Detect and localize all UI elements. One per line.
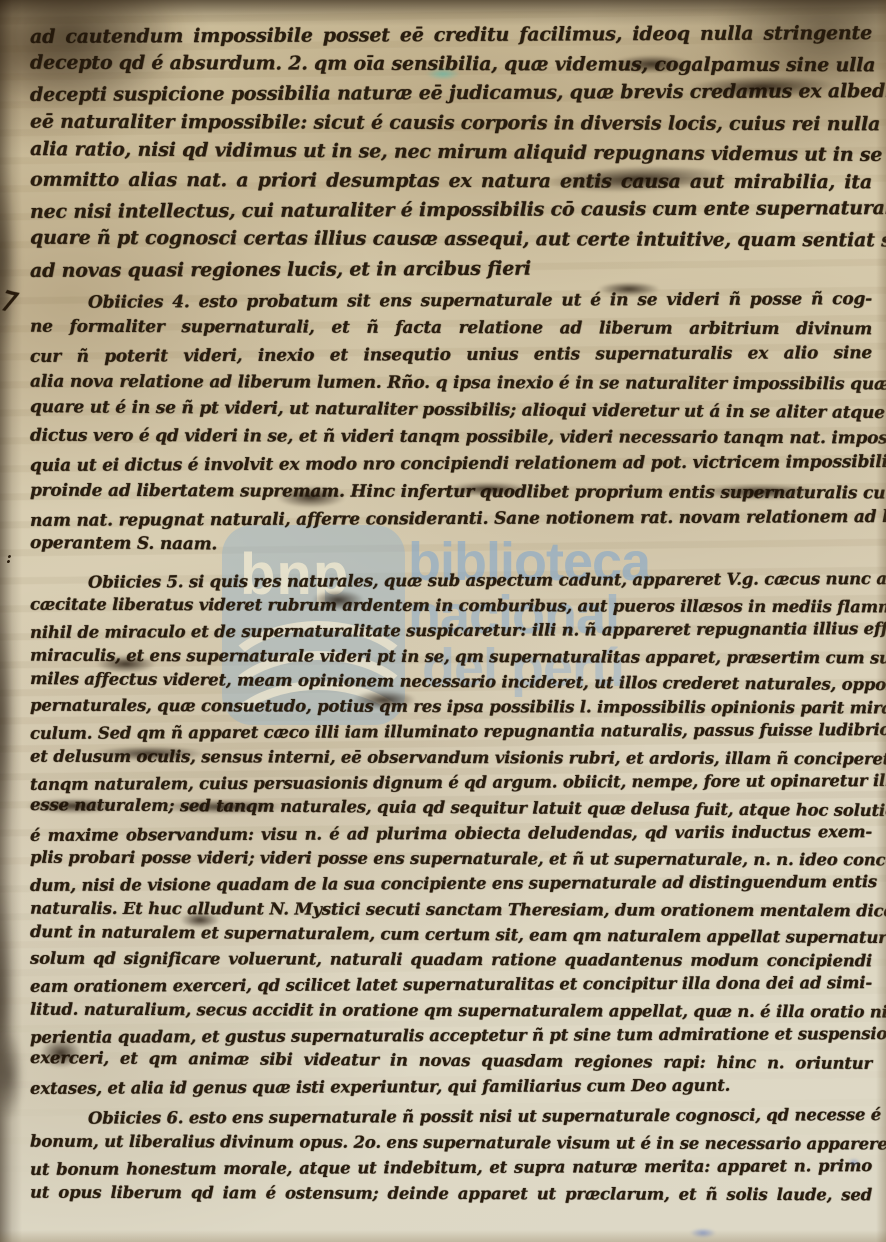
scan-edge-shadow bbox=[0, 1230, 886, 1242]
manuscript-line: ut bonum honestum morale, atque ut indeb… bbox=[30, 1154, 872, 1184]
manuscript-text: ad cautendum impossibile posset eē credi… bbox=[30, 21, 872, 1207]
paragraph: Obiicies 4. esto probatum sit ens supern… bbox=[30, 288, 872, 561]
manuscript-line: dictus vero é qd videri in se, et ñ vide… bbox=[30, 423, 872, 453]
manuscript-line: eam orationem exerceri, qd scilicet late… bbox=[30, 970, 872, 999]
manuscript-line: ne formaliter supernaturali, et ñ facta … bbox=[30, 314, 872, 344]
scan-edge-shadow bbox=[0, 0, 886, 26]
manuscript-line: alia nova relatione ad liberum lumen. Rñ… bbox=[30, 368, 872, 398]
manuscript-line: nihil de miraculo et de supernaturalitat… bbox=[30, 616, 872, 645]
manuscript-line: nec nisi intellectus, cui naturaliter é … bbox=[30, 194, 872, 227]
ink-blot bbox=[598, 282, 660, 296]
manuscript-line: ad novas quasi regiones lucis, et in arc… bbox=[30, 253, 872, 286]
manuscript-line: ut opus liberum qd iam é ostensum; deind… bbox=[30, 1180, 872, 1208]
ink-blot bbox=[700, 484, 820, 500]
manuscript-line: bonum, ut liberalius divinum opus. 2o. e… bbox=[30, 1128, 872, 1156]
manuscript-line: naturalis. Et huc alludunt N. Mystici se… bbox=[30, 895, 872, 923]
manuscript-line: eē naturaliter impossibile: sicut é caus… bbox=[30, 107, 872, 139]
manuscript-line: cur ñ poterit videri, inexio et insequti… bbox=[30, 340, 872, 371]
manuscript-line: plis probari posse videri; videri posse … bbox=[30, 845, 872, 873]
manuscript-line: dum, nisi de visione quadam de la sua co… bbox=[30, 869, 872, 898]
manuscript-line: solum qd significare voluerunt, naturali… bbox=[30, 946, 872, 974]
manuscript-line: cæcitate liberatus videret rubrum ardent… bbox=[30, 592, 872, 620]
manuscript-line: quia ut ei dictus é involvit ex modo nro… bbox=[30, 450, 872, 481]
manuscript-line: pernaturales, quæ consuetudo, potius qm … bbox=[30, 693, 872, 721]
manuscript-line: culum. Sed qm ñ apparet cæco illi iam il… bbox=[30, 718, 872, 747]
manuscript-line: ommitto alias nat. a priori desumptas ex… bbox=[30, 166, 872, 198]
ink-blot bbox=[40, 1038, 82, 1068]
ink-blot bbox=[276, 486, 346, 508]
paragraph: Obiicies 5. si quis res naturales, quæ s… bbox=[30, 568, 872, 1099]
ink-blot bbox=[612, 55, 692, 73]
manuscript-line: Obiicies 5. si quis res naturales, quæ s… bbox=[30, 566, 872, 595]
ink-blot bbox=[26, 798, 121, 814]
manuscript-line: litud. naturalium, secus accidit in orat… bbox=[30, 996, 872, 1024]
manuscript-line: extases, et alia id genus quæ isti exper… bbox=[30, 1072, 872, 1101]
paragraph: Obiicies 6. esto ens supernaturale ñ pos… bbox=[30, 1104, 872, 1207]
scan-edge-shadow bbox=[876, 0, 886, 1242]
ink-blot bbox=[96, 655, 156, 673]
ink-blot bbox=[158, 800, 288, 814]
manuscript-line: operantem S. naam. bbox=[30, 530, 872, 563]
manuscript-scan: bnp biblioteca nacional del perú ad caut… bbox=[0, 0, 886, 1242]
ink-blot bbox=[352, 690, 416, 710]
manuscript-line: é maxime observandum: visu n. é ad pluri… bbox=[30, 819, 872, 848]
manuscript-line: Obiicies 4. esto probatum sit ens supern… bbox=[30, 286, 872, 317]
cyan-speck bbox=[426, 68, 460, 80]
ink-blot bbox=[446, 482, 530, 496]
ink-blot bbox=[180, 912, 220, 928]
ink-blot bbox=[312, 590, 364, 610]
manuscript-line: quare ñ pt cognosci certas illius causæ … bbox=[30, 224, 872, 256]
manuscript-line: Obiicies 6. esto ens supernaturale ñ pos… bbox=[30, 1102, 872, 1132]
blue-speck bbox=[848, 1158, 860, 1166]
ink-blot bbox=[92, 746, 207, 761]
manuscript-line: alia ratio, nisi qd vidimus ut in se, ne… bbox=[30, 135, 872, 170]
